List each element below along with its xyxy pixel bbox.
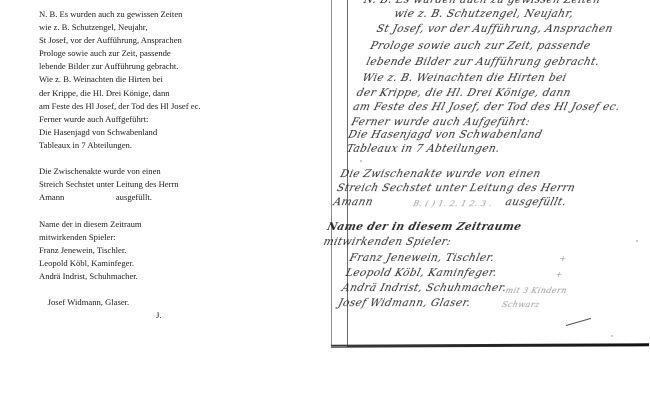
transcription-line: Die Zwischenakte wurde von einen (39, 165, 319, 178)
handwritten-line: Andrä Indrist, Schuhmacher. (341, 282, 508, 294)
page-bottom-edge (331, 343, 649, 347)
pencil-note: mit 3 Kindern (504, 286, 568, 295)
manuscript-scan: N. B. Es wurden auch zu gewissen Zeiten … (326, 0, 650, 400)
transcription-line: der Krippe, die Hl. Drei Könige, dann (39, 87, 319, 100)
transcription-line: Josef Widmann, Glaser. J. (39, 283, 319, 296)
handwritten-line: Prologe sowie auch zur Zeit, passende (369, 40, 592, 52)
handwritten-line: Tableaux in 7 Abteilungen. (345, 143, 501, 155)
transcription-line: Die Hasenjagd von Schwabenland (39, 126, 319, 139)
scan-speck (636, 240, 638, 242)
transcription-line: wie z. B. Schutzengel, Neujahr, (39, 21, 319, 34)
pencil-note: + (558, 254, 567, 263)
handwritten-line: am Feste des Hl Josef, der Tod des Hl Jo… (352, 101, 621, 113)
handwritten-line: Ferner wurde auch Aufgeführt: (350, 116, 531, 128)
transcription-line: am Feste des Hl Josef, der Tod des Hl Jo… (39, 100, 319, 113)
handwritten-line: Die Hasenjagd von Schwabenland (347, 129, 544, 141)
handwritten-line: Die Zwischenakte wurde von einen (339, 168, 542, 180)
transcription-line: Franz Jenewein, Tischler. (39, 244, 319, 257)
transcription-line: Leopold Köbl, Kaminfeger. (39, 257, 319, 270)
paragraph-gap (39, 152, 319, 165)
handwritten-line: Leopold Köbl, Kaminfeger. (344, 267, 498, 279)
scan-speck (611, 335, 613, 337)
signature-mark: J. (156, 309, 162, 322)
transcription-line: Prologe sowie auch zur Zeit, passende (39, 47, 319, 60)
handwritten-line: N. B. Es wurden auch zu gewissen Zeiten (363, 0, 602, 6)
pencil-note: + (554, 270, 563, 279)
handwritten-line: Amann (332, 196, 374, 208)
player-name: Josef Widmann, Glaser. (48, 297, 130, 307)
scan-speck (360, 160, 362, 162)
paragraph-gap (39, 204, 319, 217)
transcription-line: Ferner wurde auch Auffgeführt: (39, 113, 319, 126)
transcription-line: mitwirkenden Spieler: (39, 231, 319, 244)
transcription-line: St Josef, vor der Aufführung, Ansprachen (39, 34, 319, 47)
handwritten-line: ausgefüllt. (504, 196, 568, 208)
handwritten-line: Franz Jenewein, Tischler. (348, 252, 496, 264)
pencil-stroke (566, 318, 591, 326)
transcription-line: Wie z. B. Weinachten die Hirten bei (39, 73, 319, 86)
pencil-note: Schwarz (501, 300, 541, 309)
handwritten-line: wie z. B. Schutzengel, Neujahr, (393, 8, 575, 20)
transcription-text: N. B. Es wurden auch zu gewissen Zeiten … (39, 8, 319, 296)
transcription-line: Andrä Indrist, Schuhmacher. (39, 270, 319, 283)
handwritten-line: der Krippe, die Hl. Drei Könige, dann (355, 87, 572, 99)
page-bottom-edge-left (331, 346, 347, 347)
handwritten-line: mitwirkenden Spieler: (322, 236, 452, 248)
handwritten-line: Streich Sechstet unter Leitung des Herrn (336, 182, 577, 194)
handwritten-line: Josef Widmann, Glaser. (337, 297, 472, 309)
handwritten-line: St Josef, vor der Aufführung, Ansprachen (375, 23, 614, 35)
pencil-note: B. ( ) 1. 2. 1 2. 3 . (412, 199, 493, 208)
transcription-line: N. B. Es wurden auch zu gewissen Zeiten (39, 8, 319, 21)
transcription-line: lebende Bilder zur Aufführung gebracht. (39, 60, 319, 73)
handwritten-line: Wie z. B. Weinachten die Hirten bei (361, 72, 568, 84)
handwritten-line: Name der in diesem Zeitraume (326, 221, 523, 233)
transcription-line: Amann ausgefüllt. (39, 191, 319, 204)
page-border-left (331, 0, 332, 346)
transcription-line: Streich Sechstet unter Leitung des Herrn (39, 178, 319, 191)
transcription-line: Tableaux in 7 Abteilungen. (39, 139, 319, 152)
transcription-line: Name der in diesem Zeitraum (39, 218, 319, 231)
handwritten-line: lebende Bilder zur Aufführung gebracht. (365, 56, 601, 68)
